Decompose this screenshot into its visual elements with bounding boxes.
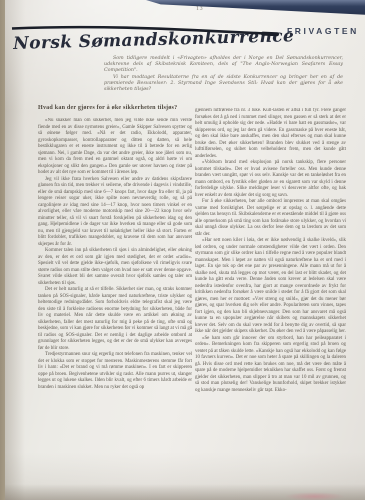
body-paragraph: gjennem luftrørene fra nr. 3 luke. Kull-… xyxy=(195,108,346,160)
left-column: «Nu snakker man om sikkerhet, men jeg vi… xyxy=(38,118,192,460)
body-paragraph: «Se ham som går innover der om styrbord,… xyxy=(195,336,346,395)
body-paragraph: For å øke sikkerheten, bør alle ombord i… xyxy=(195,199,346,238)
body-paragraph: Tredjestyrmannen snur sig ergerlig mot t… xyxy=(38,352,192,391)
body-paragraph: Jeg vil ikke frata hverken Salvesen elle… xyxy=(38,177,192,249)
magazine-page: 13 FRIVAGTEN Norsk Sømandskonkurrence So… xyxy=(5,0,365,500)
body-paragraph: Kommer talen inn på sikkerheten til sjøs… xyxy=(38,248,192,287)
scanned-page-photo: 13 FRIVAGTEN Norsk Sømandskonkurrence So… xyxy=(0,0,365,500)
right-column: gjennem luftrørene fra nr. 3 luke. Kull-… xyxy=(195,108,346,454)
body-paragraph: «Har sett noen kiler i løia, det er ikke… xyxy=(195,238,346,336)
body-paragraph: Det er helt naturlig at så er tilfelle. … xyxy=(38,287,192,352)
body-paragraph: «Nu snakker man om sikkerhet, men jeg vi… xyxy=(38,118,192,177)
body-paragraph: «Voldsom brand med eksplosjon på norsk t… xyxy=(195,160,346,199)
lede-paragraph: Vi har modtaget Resultaterne fra en af d… xyxy=(104,75,343,94)
article-lede: Som tidligere meddelt i «Frivagten» afho… xyxy=(104,56,343,93)
essay-question-heading: Hvad kan der gjøres for å øke sikkerhete… xyxy=(38,105,194,111)
